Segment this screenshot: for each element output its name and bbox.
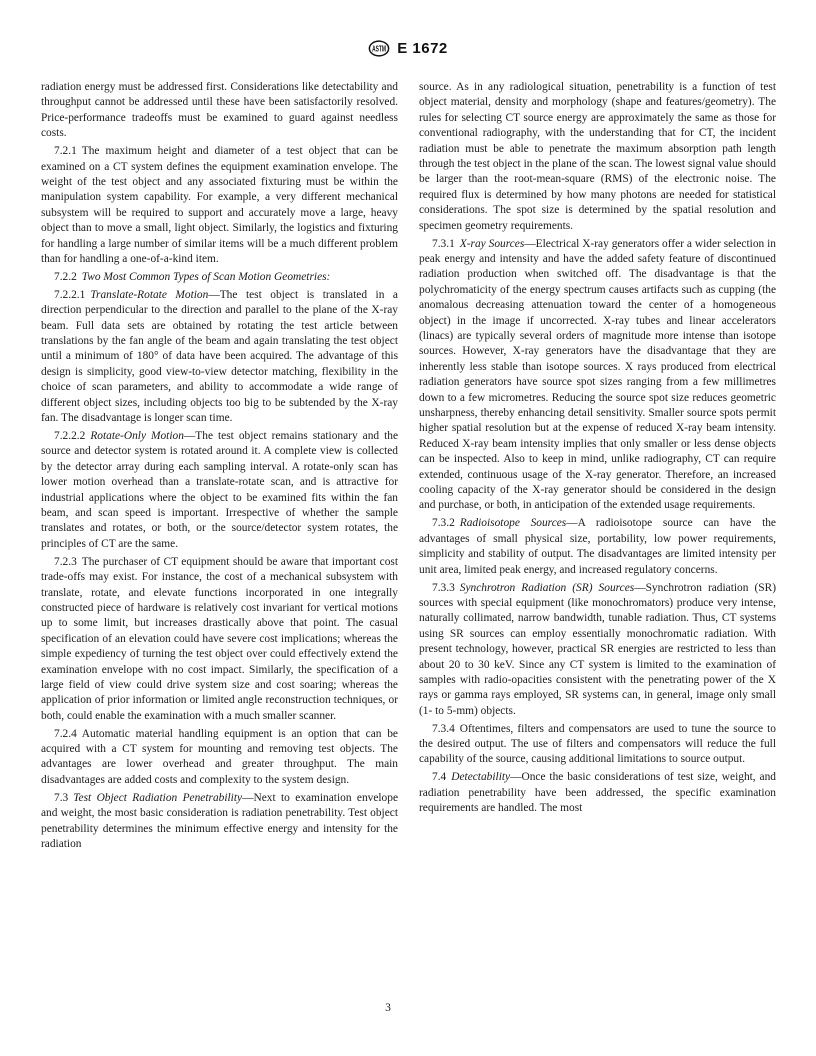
section-7-3-3: 7.3.3Synchrotron Radiation (SR) Sources—… — [419, 581, 776, 720]
section-text: radiation energy must be addressed first… — [41, 81, 398, 139]
section-7-2-3: 7.2.3The purchaser of CT equipment shoul… — [41, 555, 398, 724]
section-text: —Electrical X-ray generators offer a wid… — [419, 238, 776, 512]
section-7-3: 7.3Test Object Radiation Penetrability—N… — [41, 791, 398, 853]
section-title: Translate-Rotate Motion — [90, 289, 208, 301]
section-number: 7.3 — [54, 792, 68, 804]
section-text: Automatic material handling equipment is… — [41, 728, 398, 786]
section-title: Two Most Common Types of Scan Motion Geo… — [82, 271, 331, 283]
section-7-4: 7.4Detectability—Once the basic consider… — [419, 770, 776, 816]
section-7-3-2: 7.3.2Radioisotope Sources—A radioisotope… — [419, 516, 776, 578]
section-text: —The test object remains stationary and … — [41, 430, 398, 550]
section-text: The purchaser of CT equipment should be … — [41, 556, 398, 722]
section-7-2-1: 7.2.1The maximum height and diameter of … — [41, 144, 398, 267]
section-7-2-2-1: 7.2.2.1Translate-Rotate Motion—The test … — [41, 288, 398, 427]
paragraph-continuation: source. As in any radiological situation… — [419, 80, 776, 234]
section-number: 7.4 — [432, 771, 446, 783]
section-7-2-4: 7.2.4Automatic material handling equipme… — [41, 727, 398, 789]
page-header: ASTM E 1672 — [0, 40, 816, 57]
section-number: 7.3.3 — [432, 582, 455, 594]
section-title: X-ray Sources — [460, 238, 525, 250]
document-page: ASTM E 1672 radiation energy must be add… — [0, 0, 816, 1056]
section-number: 7.2.4 — [54, 728, 77, 740]
section-title: Detectability — [451, 771, 510, 783]
paragraph-continuation: radiation energy must be addressed first… — [41, 80, 398, 142]
page-footer: 3 — [0, 1002, 776, 1014]
doc-number: E 1672 — [397, 40, 448, 57]
section-7-3-1: 7.3.1X-ray Sources—Electrical X-ray gene… — [419, 237, 776, 514]
section-title: Radioisotope Sources — [460, 517, 566, 529]
text-column-right: source. As in any radiological situation… — [419, 80, 776, 852]
section-text: source. As in any radiological situation… — [419, 81, 776, 232]
section-number: 7.2.2 — [54, 271, 77, 283]
section-text: —The test object is translated in a dire… — [41, 289, 398, 424]
section-7-3-4: 7.3.4Oftentimes, filters and compensator… — [419, 722, 776, 768]
section-number: 7.2.3 — [54, 556, 77, 568]
section-number: 7.2.1 — [54, 145, 77, 157]
section-number: 7.2.2.2 — [54, 430, 85, 442]
section-text: The maximum height and diameter of a tes… — [41, 145, 398, 265]
section-title: Test Object Radiation Penetrability — [73, 792, 242, 804]
section-title: Rotate-Only Motion — [90, 430, 184, 442]
section-text: Oftentimes, filters and compensators are… — [419, 723, 776, 766]
astm-logo-text: ASTM — [372, 44, 386, 53]
section-7-2-2-2: 7.2.2.2Rotate-Only Motion—The test objec… — [41, 429, 398, 552]
astm-logo-icon: ASTM — [368, 40, 390, 57]
section-title: Synchrotron Radiation (SR) Sources — [460, 582, 634, 594]
page-number: 3 — [385, 1002, 391, 1014]
section-7-2-2: 7.2.2Two Most Common Types of Scan Motio… — [41, 270, 398, 285]
section-text: —Synchrotron radiation (SR) sources with… — [419, 582, 776, 717]
text-column-left: radiation energy must be addressed first… — [41, 80, 398, 852]
section-number: 7.3.1 — [432, 238, 455, 250]
section-number: 7.2.2.1 — [54, 289, 85, 301]
two-column-body: radiation energy must be addressed first… — [41, 80, 776, 852]
section-number: 7.3.2 — [432, 517, 455, 529]
section-number: 7.3.4 — [432, 723, 455, 735]
